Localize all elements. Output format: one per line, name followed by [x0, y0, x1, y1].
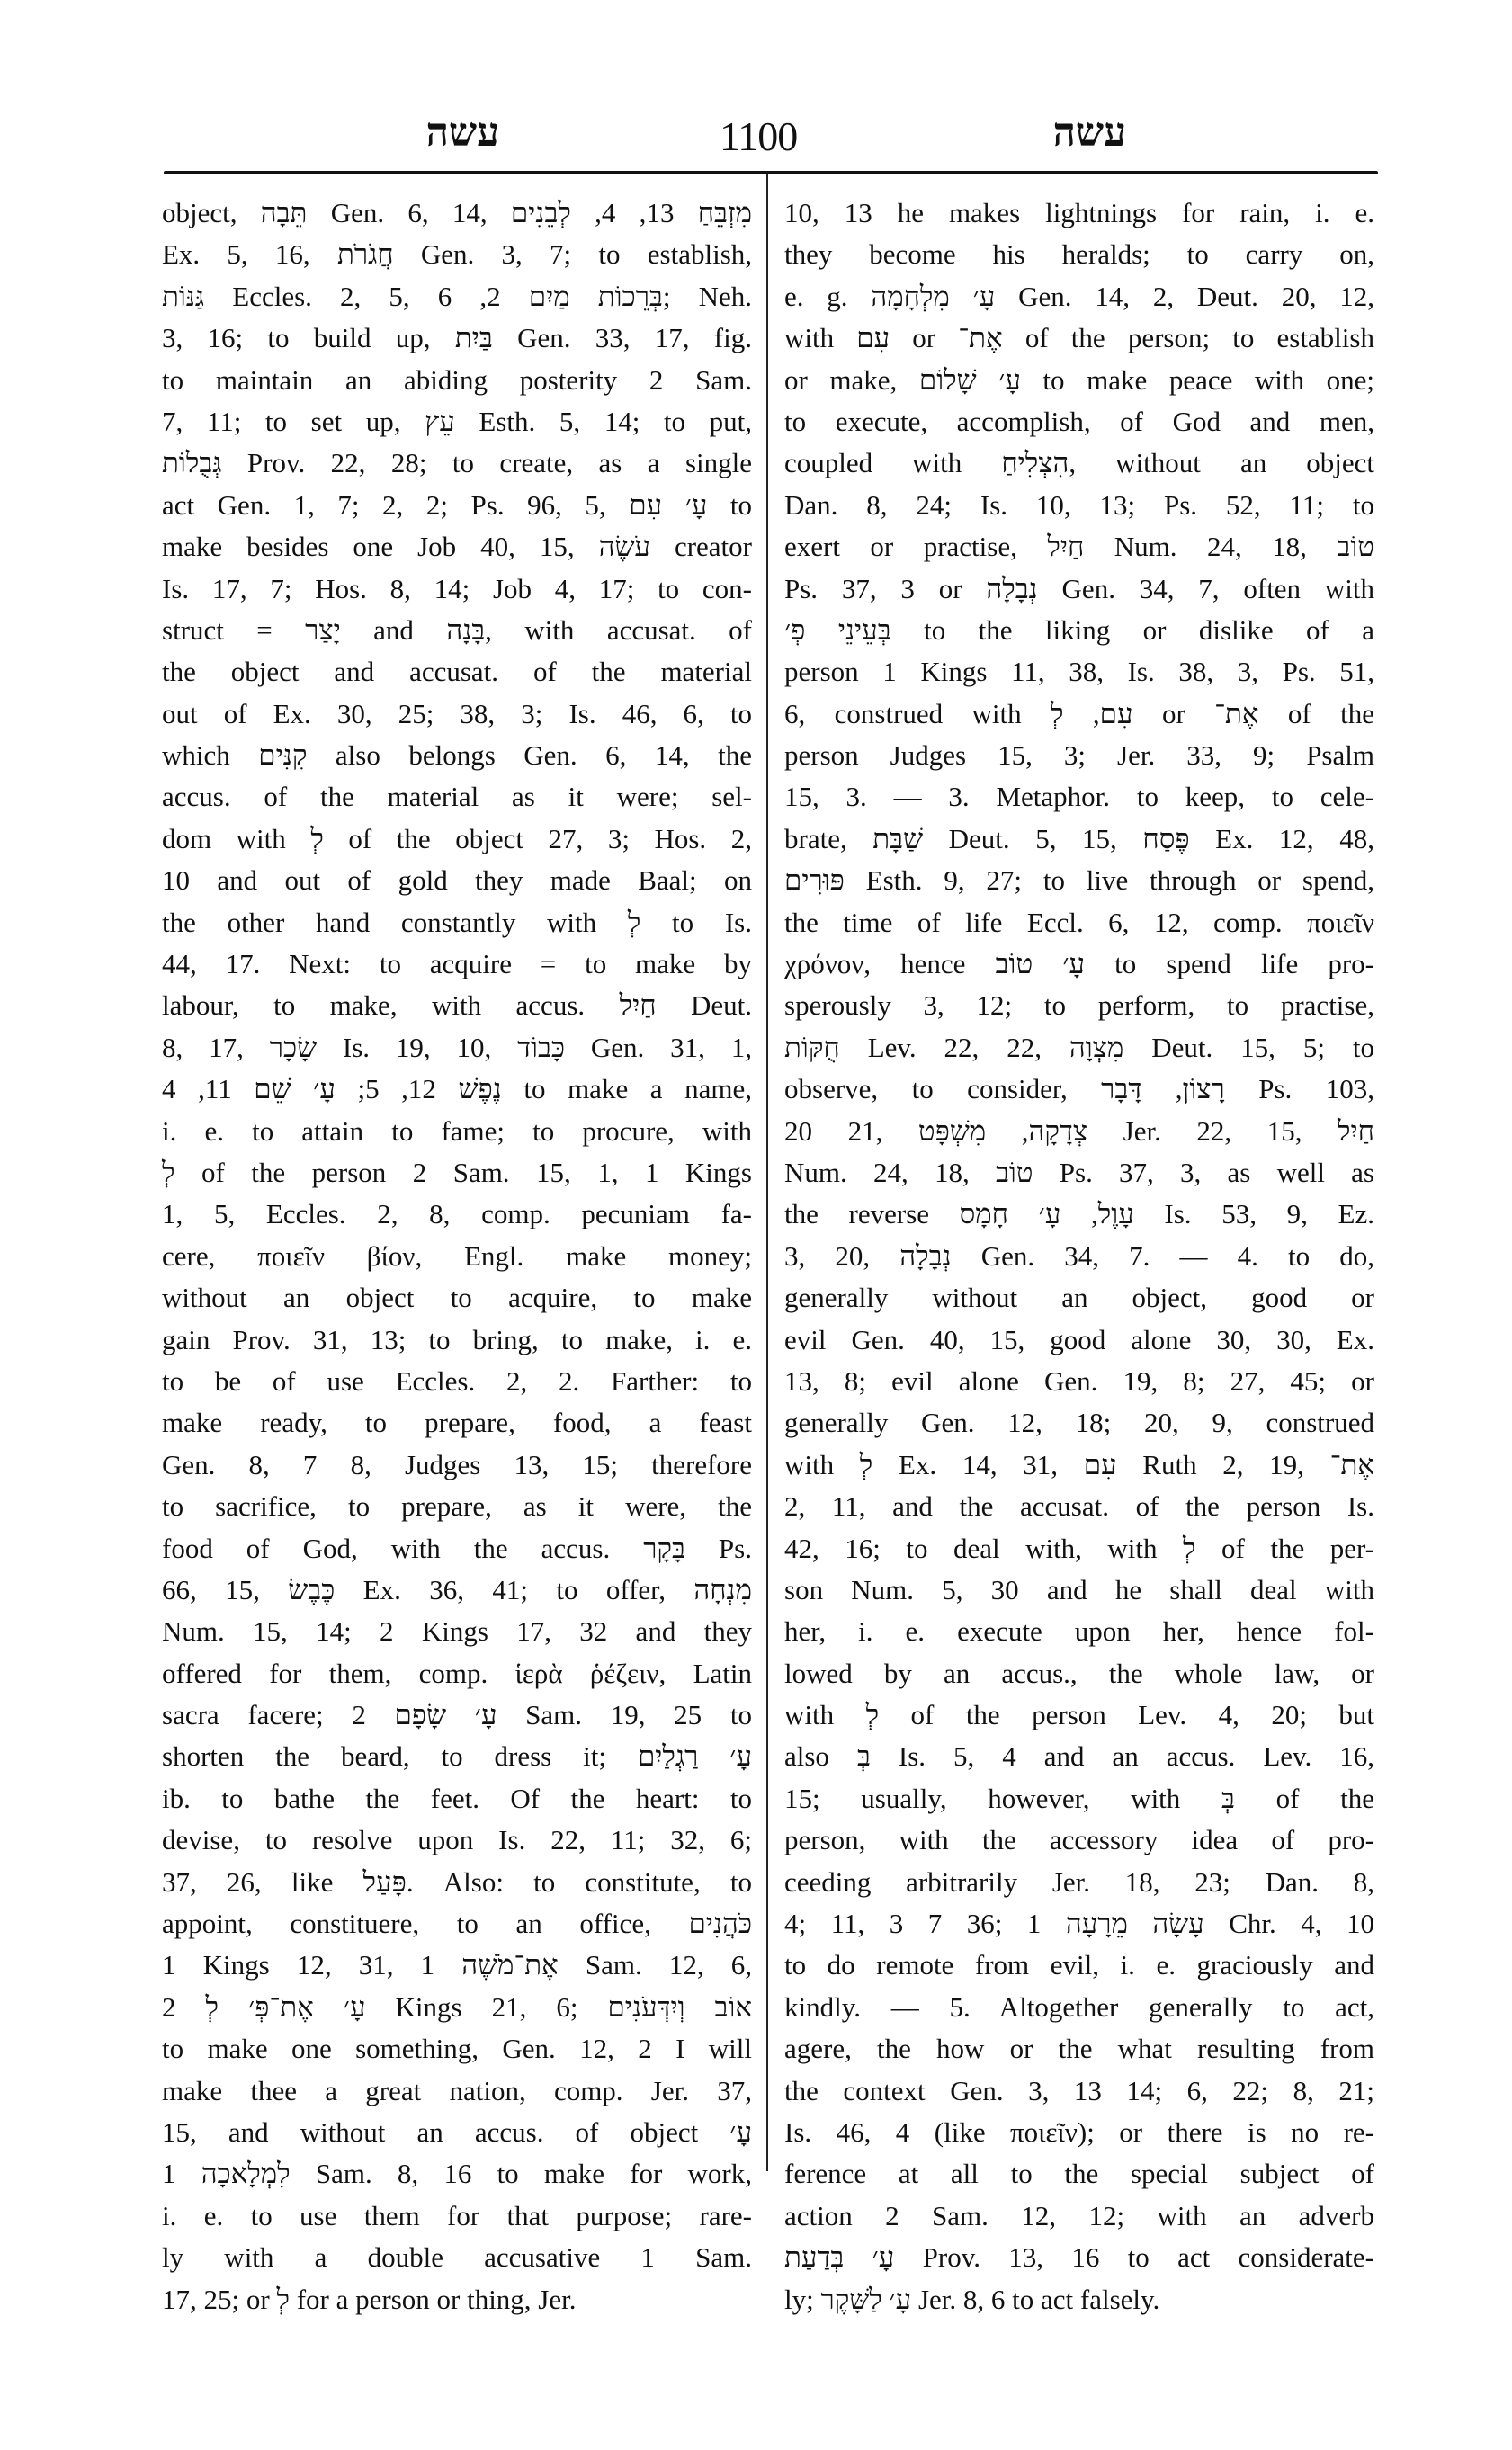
text-line: to execute, accomplish, of God and men, [784, 401, 1374, 443]
text-line: labour, to make, with accus. חַיִל Deut. [162, 985, 752, 1026]
text-line: i. e. to use them for that purpose; rare… [162, 2195, 752, 2237]
text-line: i. e. to attain to fame; to procure, wit… [162, 1111, 752, 1152]
text-line: gain Prov. 31, 13; to bring, to make, i.… [162, 1319, 752, 1361]
text-line: 2, 11, and the accusat. of the person Is… [784, 1486, 1374, 1527]
text-line: observe, to consider, רָצוֹן, דָּבָר Ps.… [784, 1069, 1374, 1110]
text-line: 13, 8; evil alone Gen. 19, 8; 27, 45; or [784, 1361, 1374, 1402]
text-line: object, תֵּבָה Gen. 6, 14, מִזְבֵּחַ 13,… [162, 192, 752, 234]
text-line: to be of use Eccles. 2, 2. Farther: to [162, 1361, 752, 1402]
text-line: to do remote from evil, i. e. graciously… [784, 1945, 1374, 1986]
text-line: food of God, with the accus. בָּקָר Ps. [162, 1528, 752, 1569]
text-line: person, with the accessory idea of pro- [784, 1820, 1374, 1861]
text-line: גַּנּוֹת Eccles. 2, 5, בְּרֵכוֹת מַיִם 2… [162, 276, 752, 317]
text-line: accus. of the material as it were; sel- [162, 776, 752, 818]
text-line: also בְּ Is. 5, 4 and an accus. Lev. 16, [784, 1736, 1374, 1777]
text-line: 66, 15, כֶּבֶשׂ Ex. 36, 41; to offer, מִ… [162, 1569, 752, 1611]
text-line: ly with a double accusative 1 Sam. [162, 2237, 752, 2278]
page-header: עשה 1100 עשה [0, 0, 1512, 180]
text-line: coupled with הִצְלִיחַ, without an objec… [784, 443, 1374, 484]
text-line: 10 and out of gold they made Baal; on [162, 860, 752, 901]
text-line: sperously 3, 12; to perform, to practise… [784, 985, 1374, 1026]
text-line: with לְ of the person Lev. 4, 20; but [784, 1694, 1374, 1736]
text-line: נֶפֶשׁ 12, 5; עָ׳ שֵׁם 11, 4 to make a n… [162, 1069, 752, 1110]
text-line: to maintain an abiding posterity 2 Sam. [162, 360, 752, 401]
text-line: Dan. 8, 24; Is. 10, 13; Ps. 52, 11; to [784, 485, 1374, 526]
text-line: Num. 15, 14; 2 Kings 17, 32 and they [162, 1611, 752, 1652]
text-line: cere, ποιεῖν βίον, Engl. make money; [162, 1236, 752, 1277]
text-line: ly; עָ׳ לַשָּׁקֶר Jer. 8, 6 to act false… [784, 2279, 1374, 2320]
text-line: 8, 17, שָׂכָר Is. 19, 10, כָּבוֹד Gen. 3… [162, 1027, 752, 1069]
text-line: make besides one Job 40, 15, עֹשֶׂה crea… [162, 526, 752, 568]
text-line: without an object to acquire, to make [162, 1277, 752, 1319]
text-line: ference at all to the special subject of [784, 2153, 1374, 2195]
text-line: the object and accusat. of the material [162, 651, 752, 693]
text-line: פּוּרִים Esth. 9, 27; to live through or… [784, 860, 1374, 901]
text-line: which קִנִּים also belongs Gen. 6, 14, t… [162, 735, 752, 776]
text-line: out of Ex. 30, 25; 38, 3; Is. 46, 6, to [162, 693, 752, 735]
text-line: 6, construed with עִם, לְ or אֶת־ of the [784, 693, 1374, 735]
text-line: offered for them, comp. ἱερὰ ῥέζειν, Lat… [162, 1653, 752, 1694]
header-rule [164, 171, 1378, 174]
text-line: shorten the beard, to dress it; עָ׳ רַגְ… [162, 1736, 752, 1777]
text-line: 1, 5, Eccles. 2, 8, comp. pecuniam fa- [162, 1194, 752, 1235]
text-line: 3, 16; to build up, בַּיִת Gen. 33, 17, … [162, 317, 752, 359]
text-line: dom with לְ of the object 27, 3; Hos. 2, [162, 818, 752, 860]
text-line: Num. 24, 18, טוֹב Ps. 37, 3, as well as [784, 1152, 1374, 1194]
text-line: עָ׳ בְּדַעַת Prov. 13, 16 to act conside… [784, 2237, 1374, 2278]
left-column: object, תֵּבָה Gen. 6, 14, מִזְבֵּחַ 13,… [162, 192, 752, 2320]
page-number: 1100 [720, 112, 797, 162]
text-line: 7, 11; to set up, עֵץ Esth. 5, 14; to pu… [162, 401, 752, 443]
text-line: Ex. 5, 16, חֲגֹרֹת Gen. 3, 7; to establi… [162, 234, 752, 275]
text-line: act Gen. 1, 7; 2, 2; Ps. 96, 5, עָ׳ עִם … [162, 485, 752, 526]
text-line: e. g. עָ׳ מִלְחָמָה Gen. 14, 2, Deut. 20… [784, 276, 1374, 317]
running-headword-right: עשה [1033, 106, 1126, 160]
text-line: person 1 Kings 11, 38, Is. 38, 3, Ps. 51… [784, 651, 1374, 693]
text-line: the reverse עָוֶל, עָ׳ חָמָס Is. 53, 9, … [784, 1194, 1374, 1235]
text-line: חֻקּוֹת Lev. 22, 22, מִצְוָה Deut. 15, 5… [784, 1027, 1374, 1069]
text-line: agere, the how or the what resulting fro… [784, 2028, 1374, 2070]
text-line: devise, to resolve upon Is. 22, 11; 32, … [162, 1820, 752, 1861]
text-line: Gen. 8, 7 8, Judges 13, 15; therefore [162, 1444, 752, 1486]
text-line: ceeding arbitrarily Jer. 18, 23; Dan. 8, [784, 1862, 1374, 1903]
text-line: 42, 16; to deal with, with לְ of the per… [784, 1528, 1374, 1569]
text-line: generally without an object, good or [784, 1277, 1374, 1319]
running-headword-left: עשה [409, 106, 499, 160]
text-line: 15, 3. — 3. Metaphor. to keep, to cele- [784, 776, 1374, 818]
text-line: generally Gen. 12, 18; 20, 9, construed [784, 1402, 1374, 1444]
text-line: action 2 Sam. 12, 12; with an adverb [784, 2195, 1374, 2237]
text-line: Ps. 37, 3 or נְבָלָה Gen. 34, 7, often w… [784, 568, 1374, 610]
text-line: to sacrifice, to prepare, as it were, th… [162, 1486, 752, 1527]
text-line: the time of life Eccl. 6, 12, comp. ποιε… [784, 902, 1374, 943]
text-line: the context Gen. 3, 13 14; 6, 22; 8, 21; [784, 2070, 1374, 2112]
text-line: עָ׳ אֶת־פְּ׳ לְ 2 Kings 21, 6; אוֹב וְיִ… [162, 1987, 752, 2028]
text-line: 44, 17. Next: to acquire = to make by [162, 943, 752, 985]
text-line: kindly. — 5. Altogether generally to act… [784, 1987, 1374, 2028]
text-line: לְ of the person 2 Sam. 15, 1, 1 Kings [162, 1152, 752, 1194]
text-line: appoint, constituere, to an office, כֹּה… [162, 1903, 752, 1945]
text-line: sacra facere; עָ׳ שָׂפָם 2 Sam. 19, 25 t… [162, 1694, 752, 1736]
text-line: 4; 11, 3 7 36; עָשָׂה מֵרָעָה 1 Chr. 4, … [784, 1903, 1374, 1945]
text-line: with עִם or אֶת־ of the person; to estab… [784, 317, 1374, 359]
text-line: Is. 17, 7; Hos. 8, 14; Job 4, 17; to con… [162, 568, 752, 610]
text-line: 15, and without an accus. of object עָ׳ [162, 2112, 752, 2153]
text-line: χρόνον, hence עָ׳ טוֹב to spend life pro… [784, 943, 1374, 985]
text-line: brate, שַׁבָּת Deut. 5, 15, פֶּסַח Ex. 1… [784, 818, 1374, 860]
text-line: make thee a great nation, comp. Jer. 37, [162, 2070, 752, 2112]
text-line: 15; usually, however, with בְּ of the [784, 1778, 1374, 1820]
text-line: struct = יָצַר and בָּנָה, with accusat.… [162, 610, 752, 651]
text-line: the other hand constantly with לְ to Is. [162, 902, 752, 943]
text-line: her, i. e. execute upon her, hence fol- [784, 1611, 1374, 1652]
text-line: exert or practise, חַיִל Num. 24, 18, טו… [784, 526, 1374, 568]
text-line: 10, 13 he makes lightnings for rain, i. … [784, 192, 1374, 234]
text-line: 1 Kings 12, 31, אֶת־מֹשֶׁה 1 Sam. 12, 6, [162, 1945, 752, 1986]
text-line: evil Gen. 40, 15, good alone 30, 30, Ex. [784, 1319, 1374, 1361]
column-divider [766, 174, 768, 2171]
text-line: or make, עָ׳ שָׁלוֹם to make peace with … [784, 360, 1374, 401]
text-line: they become his heralds; to carry on, [784, 234, 1374, 275]
text-line: Is. 46, 4 (like ποιεῖν); or there is no … [784, 2112, 1374, 2153]
text-line: lowed by an accus., the whole law, or [784, 1653, 1374, 1694]
text-line: לִמְלָאכָה 1 Sam. 8, 16 to make for work… [162, 2153, 752, 2195]
text-line: 37, 26, like פָּעַל. Also: to constitute… [162, 1862, 752, 1903]
text-line: בְּעֵינֵי פְ׳ to the liking or dislike o… [784, 610, 1374, 651]
text-line: person Judges 15, 3; Jer. 33, 9; Psalm [784, 735, 1374, 776]
text-line: 17, 25; or לְ for a person or thing, Jer… [162, 2279, 752, 2320]
right-column: 10, 13 he makes lightnings for rain, i. … [784, 192, 1374, 2320]
text-line: 3, 20, נְבָלָה Gen. 34, 7. — 4. to do, [784, 1236, 1374, 1277]
text-line: son Num. 5, 30 and he shall deal with [784, 1569, 1374, 1611]
text-line: make ready, to prepare, food, a feast [162, 1402, 752, 1444]
text-line: with לְ Ex. 14, 31, עִם Ruth 2, 19, אֶת־ [784, 1444, 1374, 1486]
text-line: 20 21, צְדָקָה, מִשְׁפָּט Jer. 22, 15, ח… [784, 1111, 1374, 1152]
text-line: גְּבֻלוֹת Prov. 22, 28; to create, as a … [162, 443, 752, 484]
text-line: ib. to bathe the feet. Of the heart: to [162, 1778, 752, 1820]
text-line: to make one something, Gen. 12, 2 I will [162, 2028, 752, 2070]
